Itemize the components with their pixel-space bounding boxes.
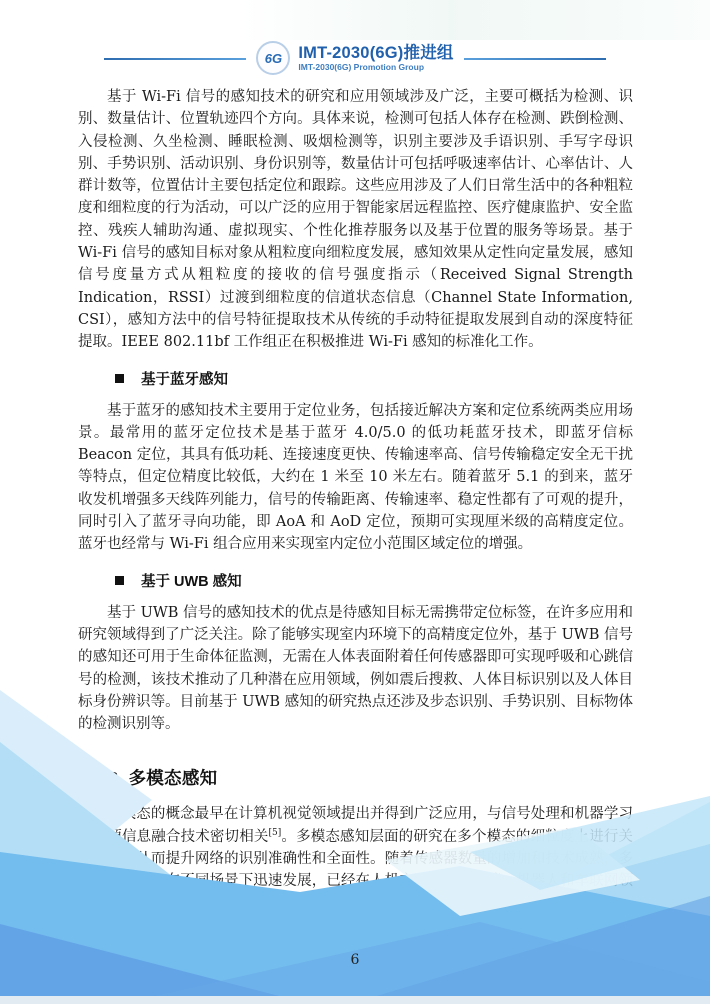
bullet-heading-bluetooth: 基于蓝牙感知: [115, 368, 633, 390]
bullet-heading-uwb: 基于 UWB 感知: [115, 570, 633, 592]
paragraph-uwb-sensing: 基于 UWB 信号的感知技术的优点是待感知目标无需携带定位标签，在许多应用和研究…: [78, 602, 633, 736]
document-page: 6G IMT-2030(6G)推进组 IMT-2030(6G) Promotio…: [0, 0, 710, 1004]
logo-6g-label: 6G: [265, 51, 282, 66]
header-rule-left: [104, 58, 246, 60]
section-heading-1-2-3: 1.2.3多模态感知: [78, 765, 633, 790]
org-subtitle: IMT-2030(6G) Promotion Group: [298, 63, 453, 72]
bullet-heading-bluetooth-label: 基于蓝牙感知: [141, 368, 228, 389]
bullet-square-icon: [115, 576, 124, 585]
paragraph-multimodal-sensing: 多模态的概念最早在计算机视觉领域提出并得到广泛应用，与信号处理和机器学习的多源信…: [78, 803, 633, 914]
bullet-heading-uwb-label: 基于 UWB 感知: [141, 570, 242, 591]
bottom-edge-strip: [0, 996, 710, 1004]
document-body: 基于 Wi-Fi 信号的感知技术的研究和应用领域涉及广泛，主要可概括为检测、识别…: [78, 86, 633, 915]
bullet-square-icon: [115, 374, 124, 383]
org-title: IMT-2030(6G)推进组: [298, 44, 453, 62]
header-rule-right: [464, 58, 606, 60]
paragraph-wifi-sensing: 基于 Wi-Fi 信号的感知技术的研究和应用领域涉及广泛，主要可概括为检测、识别…: [78, 86, 633, 354]
header-title-block: IMT-2030(6G)推进组 IMT-2030(6G) Promotion G…: [298, 44, 453, 72]
section-title: 多模态感知: [128, 768, 217, 788]
top-corner-tint: [240, 0, 710, 40]
citation-ref-5: [5]: [269, 828, 282, 838]
imt2030-6g-logo-icon: 6G: [256, 41, 290, 75]
section-number: 1.2.3: [78, 768, 118, 788]
page-number: 6: [0, 952, 710, 968]
paragraph-bluetooth-sensing: 基于蓝牙的感知技术主要用于定位业务，包括接近解决方案和定位系统两类应用场景。最常…: [78, 400, 633, 556]
page-header: 6G IMT-2030(6G)推进组 IMT-2030(6G) Promotio…: [0, 36, 710, 80]
